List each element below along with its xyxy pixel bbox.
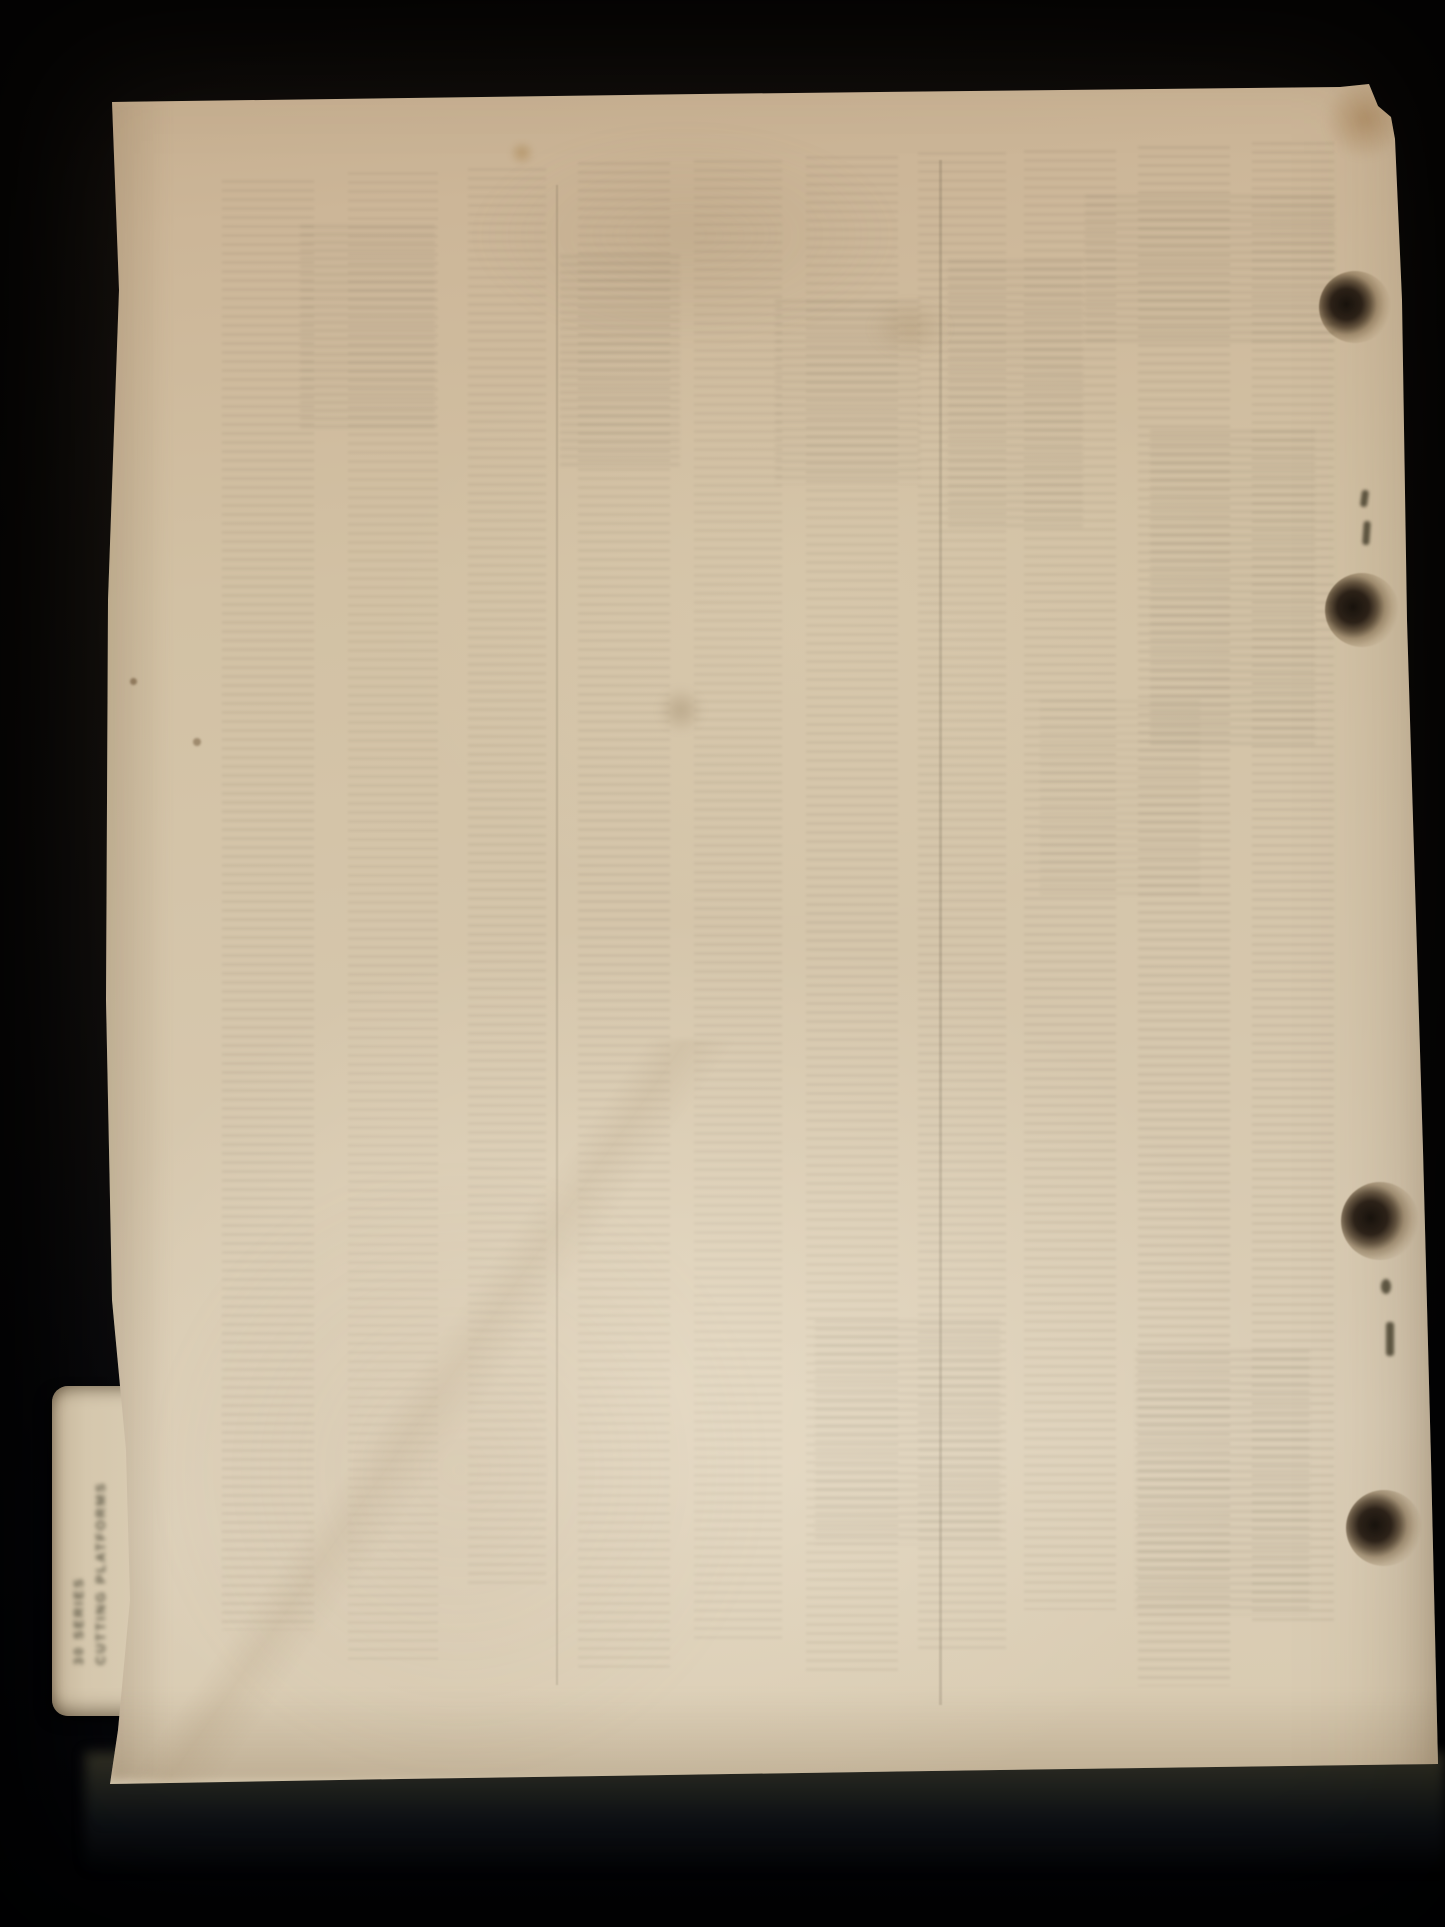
- tab-label-line2: CUTTING PLATFORMS: [90, 1405, 112, 1665]
- punch-hole-3: [1341, 1182, 1419, 1260]
- punch-hole-4: [1346, 1490, 1422, 1566]
- tab-label: 30 SERIES CUTTING PLATFORMS: [66, 1405, 114, 1665]
- paper-vignette: [0, 0, 1445, 1927]
- ink-mark-4: [1386, 1322, 1394, 1356]
- punch-hole-1: [1319, 271, 1391, 343]
- tab-label-line1: 30 SERIES: [68, 1405, 90, 1665]
- ink-mark-3: [1381, 1279, 1391, 1294]
- punch-hole-2: [1325, 573, 1399, 647]
- paper-sheet: [0, 0, 1445, 1927]
- photo-scene: 30 SERIES CUTTING PLATFORMS: [0, 0, 1445, 1927]
